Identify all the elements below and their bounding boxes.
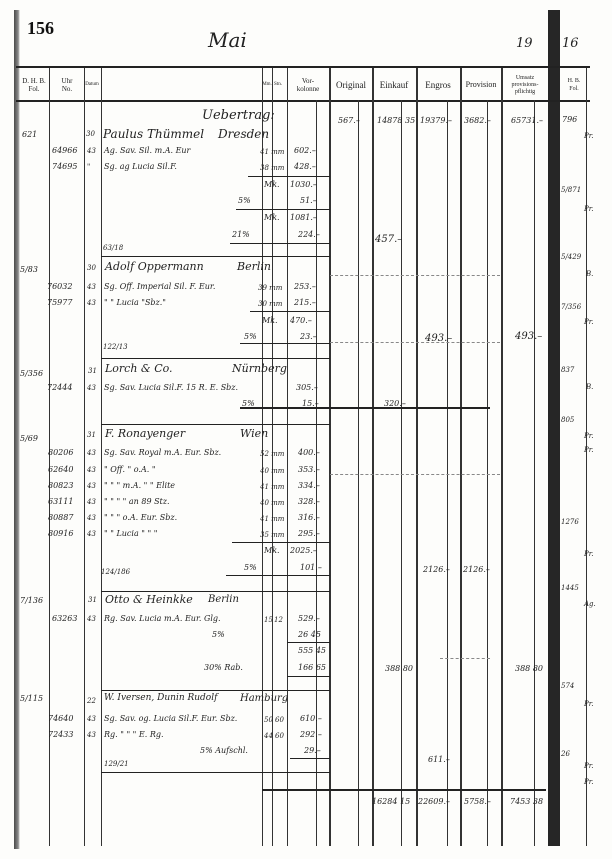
item-mm: 40 mm [260, 499, 284, 507]
item-vor: 295.– [298, 529, 320, 538]
item-mm: 40 mm [260, 467, 284, 475]
hb-mark: Pr. [584, 432, 594, 440]
scan-edge-left [14, 10, 20, 849]
entry-day: 31 [87, 431, 96, 439]
col-rule [401, 100, 402, 846]
entry-customer: Otto & Heinkke [105, 593, 193, 606]
item-vor: 328.– [298, 497, 320, 506]
col-rule [460, 68, 462, 846]
hb-fol: 7/356 [561, 303, 581, 311]
item-vor: 610.– [300, 714, 322, 723]
hb-fol: 1445 [561, 584, 579, 592]
entry-dhb-fol: 5/115 [20, 694, 43, 703]
item-mm: 15 [264, 616, 273, 624]
entry-separator [101, 256, 330, 257]
calc-label: 5% [244, 563, 257, 572]
entry-umsatz: 493.– [515, 331, 542, 342]
carryover-umsatz: 65731.– [511, 116, 543, 125]
item-vor: 215.– [294, 298, 316, 307]
col-rule [447, 100, 448, 846]
entry-dhb-fol: 7/136 [20, 596, 43, 605]
col-header-stn: Stn. [272, 70, 284, 100]
hb-fol: 574 [561, 682, 574, 690]
calc-value: 166 65 [298, 663, 326, 672]
entry-einkauf: 457.– [375, 234, 402, 245]
item-uhr-no: 63263 [52, 614, 77, 623]
entry-umsatz: 388 80 [515, 664, 543, 673]
item-desc: Sg. Sav. Royal m.A. Eur. Sbz. [104, 448, 221, 457]
calc-value: 224.– [298, 230, 320, 239]
item-vor: 428.– [294, 162, 316, 171]
hb-fol: 5/429 [561, 253, 581, 261]
total-engros: 22609.– [418, 797, 450, 806]
col-header-datum: Datum [84, 70, 100, 100]
col-rule [586, 68, 587, 846]
item-uhr-no: 74640 [48, 714, 73, 723]
item-desc: Rg. Sav. Lucia m.A. Eur. Glg. [104, 614, 221, 623]
calc-value: 2025.– [290, 546, 317, 555]
subtotal-rule [287, 676, 330, 677]
item-code: 43 [87, 147, 96, 155]
calc-value: 555 45 [298, 646, 326, 655]
item-vor: 602.– [294, 146, 316, 155]
carryover-engros: 19379.– [420, 116, 452, 125]
item-code: 43 [87, 530, 96, 538]
entry-city: Hamburg [240, 693, 288, 704]
hb-mark: Ag. [584, 600, 596, 608]
col-rule [372, 68, 374, 846]
hb-mark: Pr. [584, 446, 594, 454]
calc-label: 5% Aufschl. [200, 746, 248, 755]
item-stn: 60 [275, 716, 284, 724]
entry-city: Nürnberg [232, 362, 287, 375]
item-code: 43 [87, 498, 96, 506]
item-mm: 41 mm [260, 148, 284, 156]
item-mm: 52 mm [260, 450, 284, 458]
subtotal-rule [232, 542, 330, 543]
subtotal-rule [230, 243, 330, 244]
entry-city: Berlin [208, 594, 239, 605]
item-uhr-no: 80206 [48, 448, 73, 457]
item-mm: 44 [264, 732, 273, 740]
calc-label: Mk. [264, 213, 280, 222]
col-header-mm: Mm. [262, 70, 272, 100]
subtotal-rule [240, 407, 490, 409]
item-desc: " " " o.A. Eur. Sbz. [104, 513, 177, 522]
item-uhr-no: 72433 [48, 730, 73, 739]
calc-value: 26 45 [298, 630, 321, 639]
item-code: 43 [87, 283, 96, 291]
entry-customer: Paulus Thümmel [103, 127, 204, 141]
header-top-rule [16, 66, 590, 68]
col-rule [487, 100, 488, 846]
item-desc: " " Lucia " " " [104, 529, 157, 538]
col-rule [358, 100, 359, 846]
col-header-dhb-fol: D. H. B.Fol. [18, 70, 50, 100]
entry-separator [101, 772, 330, 773]
calc-label: Mk. [264, 180, 280, 189]
entry-customer: W. Iversen, Dunin Rudolf [104, 693, 217, 703]
item-desc: " Off. " o.A. " [104, 465, 156, 474]
year-prefix: 19 [516, 36, 533, 51]
col-rule [84, 68, 85, 846]
item-vor: 529.– [298, 614, 320, 623]
calc-label: 21% [232, 230, 250, 239]
hb-mark: Pr. [584, 550, 594, 558]
calc-value: 470.– [290, 316, 312, 325]
calc-label: Mk. [262, 316, 278, 325]
item-code: 43 [87, 514, 96, 522]
entry-engros: 611.– [428, 755, 450, 764]
carryover-provision: 3682.– [464, 116, 491, 125]
entry-day: 22 [87, 697, 96, 705]
calc-value: 1030.– [290, 180, 317, 189]
entry-customer: Lorch & Co. [105, 362, 173, 375]
subtotal-rule [240, 343, 330, 344]
item-uhr-no: 80823 [48, 481, 73, 490]
col-header-einkauf: Einkauf [372, 70, 416, 100]
carryover-label: Uebertrag: [202, 108, 275, 123]
entry-dhb-fol: 5/83 [20, 265, 38, 274]
calc-value: 51.– [300, 196, 317, 205]
carryover-einkauf: 14878 35 [377, 116, 415, 125]
col-rule [501, 68, 503, 846]
item-code: 43 [87, 299, 96, 307]
item-mm: 39 mm [258, 284, 282, 292]
hb-fol: 1276 [561, 518, 579, 526]
subtotal-rule [287, 642, 330, 643]
item-uhr-no: 76032 [47, 282, 72, 291]
subtotal-rule [236, 209, 330, 210]
binding-strip [548, 10, 560, 846]
entry-ref: 124/186 [101, 568, 130, 576]
item-desc: Sg. Sav. Lucia Sil.F. 15 R. E. Sbz. [104, 383, 238, 392]
entry-dhb-fol: 5/356 [20, 369, 43, 378]
calc-label: Mk. [264, 546, 280, 555]
hb-mark: Pr. [584, 762, 594, 770]
hb-mark: B. [586, 383, 593, 391]
item-mm: 50 [264, 716, 273, 724]
item-uhr-no: 80887 [48, 513, 73, 522]
item-desc: " " " " an 89 Stz. [104, 497, 170, 506]
item-code: 43 [87, 615, 96, 623]
entry-city: Berlin [237, 260, 271, 273]
entry-separator [101, 358, 330, 359]
item-code: 43 [87, 449, 96, 457]
hb-fol: 796 [562, 115, 577, 124]
col-rule [287, 68, 288, 846]
calc-value: 101.– [300, 563, 322, 572]
item-desc: " " Lucia "Sbz." [104, 298, 166, 307]
entry-day: 31 [88, 596, 97, 604]
hb-mark: Pr. [584, 778, 594, 786]
item-vor: 292.– [300, 730, 322, 739]
col-header-uhr-no: UhrNo. [50, 70, 84, 100]
item-vor: 305.– [296, 383, 318, 392]
item-mm: 38 mm [260, 164, 284, 172]
calc-label: 5% [238, 196, 251, 205]
calc-value: 1081.– [290, 213, 317, 222]
calc-value: 29.– [304, 746, 321, 755]
subtotal-rule [226, 575, 330, 576]
item-desc: Sg. ag Lucia Sil.F. [104, 162, 177, 171]
item-vor: 316.– [298, 513, 320, 522]
hb-fol: 26 [561, 750, 570, 758]
entry-day: 31 [88, 367, 97, 375]
item-vor: 353.– [298, 465, 320, 474]
totals-rule [262, 789, 546, 791]
subtotal-rule [248, 176, 330, 177]
hb-mark: B. [586, 270, 593, 278]
entry-day: 30 [86, 130, 95, 138]
guide-line [330, 474, 500, 475]
item-vor: 253.– [294, 282, 316, 291]
total-einkauf: 16284 15 [372, 797, 410, 806]
hb-fol: 837 [561, 366, 574, 374]
item-desc: Rg. " " " E. Rg. [104, 730, 164, 739]
col-header-original: Original [330, 70, 372, 100]
item-stn: 12 [274, 616, 283, 624]
year-suffix: 16 [562, 36, 579, 51]
calc-value: 23.– [300, 332, 317, 341]
ledger-page: 156 Mai 19 16 D. H. B.Fol. UhrNo. Datum … [0, 0, 612, 859]
item-desc: Sg. Off. Imperial Sil. F. Eur. [104, 282, 215, 291]
entry-einkauf: 320.– [384, 399, 406, 408]
item-desc: " " " m.A. " " Elite [104, 481, 175, 490]
entry-customer: F. Ronayenger [105, 427, 185, 440]
total-umsatz: 7453 38 [510, 797, 543, 806]
col-rule [416, 68, 418, 846]
item-uhr-no: 72444 [47, 383, 72, 392]
entry-city: Dresden [218, 127, 269, 141]
col-rule [101, 68, 102, 846]
item-vor: 334.– [298, 481, 320, 490]
entry-day: 30 [87, 264, 96, 272]
page-number: 156 [27, 18, 54, 39]
item-uhr-no: 63111 [48, 497, 73, 506]
col-header-umsatz: Umsatzprovisions-pflichtig [502, 70, 548, 100]
item-mm: 41 mm [260, 515, 284, 523]
total-provision: 5758.– [464, 797, 491, 806]
item-desc: Sg. Sav. og. Lucia Sil.F. Eur. Sbz. [104, 714, 237, 723]
subtotal-rule [250, 311, 330, 312]
calc-label: 5% [244, 332, 257, 341]
item-uhr-no: 80916 [48, 529, 73, 538]
item-mm: 35 mm [260, 531, 284, 539]
item-code: 43 [87, 731, 96, 739]
col-header-engros: Engros [416, 70, 460, 100]
entry-ref: 63/18 [103, 244, 123, 252]
col-rule [534, 100, 535, 846]
col-header-hb-fol: H. B.Fol. [560, 70, 588, 100]
item-code: 43 [87, 482, 96, 490]
hb-mark: Pr. [584, 205, 594, 213]
item-uhr-no: 74695 [52, 162, 77, 171]
item-uhr-no: 62640 [48, 465, 73, 474]
item-code: 43 [87, 384, 96, 392]
item-mm: 41 mm [260, 483, 284, 491]
col-rule [329, 68, 331, 846]
item-stn: 60 [275, 732, 284, 740]
item-desc: Ag. Sav. Sil. m.A. Eur [104, 146, 190, 155]
entry-city: Wien [240, 427, 268, 440]
guide-line [440, 658, 490, 659]
entry-einkauf: 388 80 [385, 664, 413, 673]
hb-fol: 805 [561, 416, 574, 424]
guide-line [330, 275, 500, 276]
entry-separator [101, 424, 330, 425]
month-heading: Mai [208, 28, 247, 52]
item-uhr-no: 75977 [47, 298, 72, 307]
item-code: 43 [87, 466, 96, 474]
entry-ref: 129/21 [104, 760, 129, 768]
hb-mark: Pr. [584, 132, 594, 140]
entry-separator [101, 690, 330, 691]
carryover-original: 567.– [338, 116, 360, 125]
subtotal-rule [290, 758, 330, 759]
entry-customer: Adolf Oppermann [105, 260, 204, 273]
item-code: " [87, 163, 90, 171]
item-vor: 400.– [298, 448, 320, 457]
header-bottom-rule [16, 100, 590, 102]
item-uhr-no: 64966 [52, 146, 77, 155]
entry-separator [101, 591, 330, 592]
entry-engros: 2126.– [423, 565, 450, 574]
col-header-vorkolonne: Vor-kolonne [286, 70, 330, 100]
entry-dhb-fol: 5/69 [20, 434, 38, 443]
calc-label: 30% Rab. [204, 663, 243, 672]
entry-ref: 122/13 [103, 343, 128, 351]
hb-fol: 5/871 [561, 186, 581, 194]
entry-engros: 493.– [425, 333, 452, 344]
col-header-provision: Provision [460, 70, 502, 100]
guide-line [330, 342, 500, 343]
hb-mark: Pr. [584, 700, 594, 708]
entry-dhb-fol: 621 [22, 130, 37, 139]
entry-provision: 2126.– [463, 565, 490, 574]
calc-label: 5% [212, 630, 225, 639]
item-code: 43 [87, 715, 96, 723]
hb-mark: Pr. [584, 318, 594, 326]
item-mm: 30 mm [258, 300, 282, 308]
